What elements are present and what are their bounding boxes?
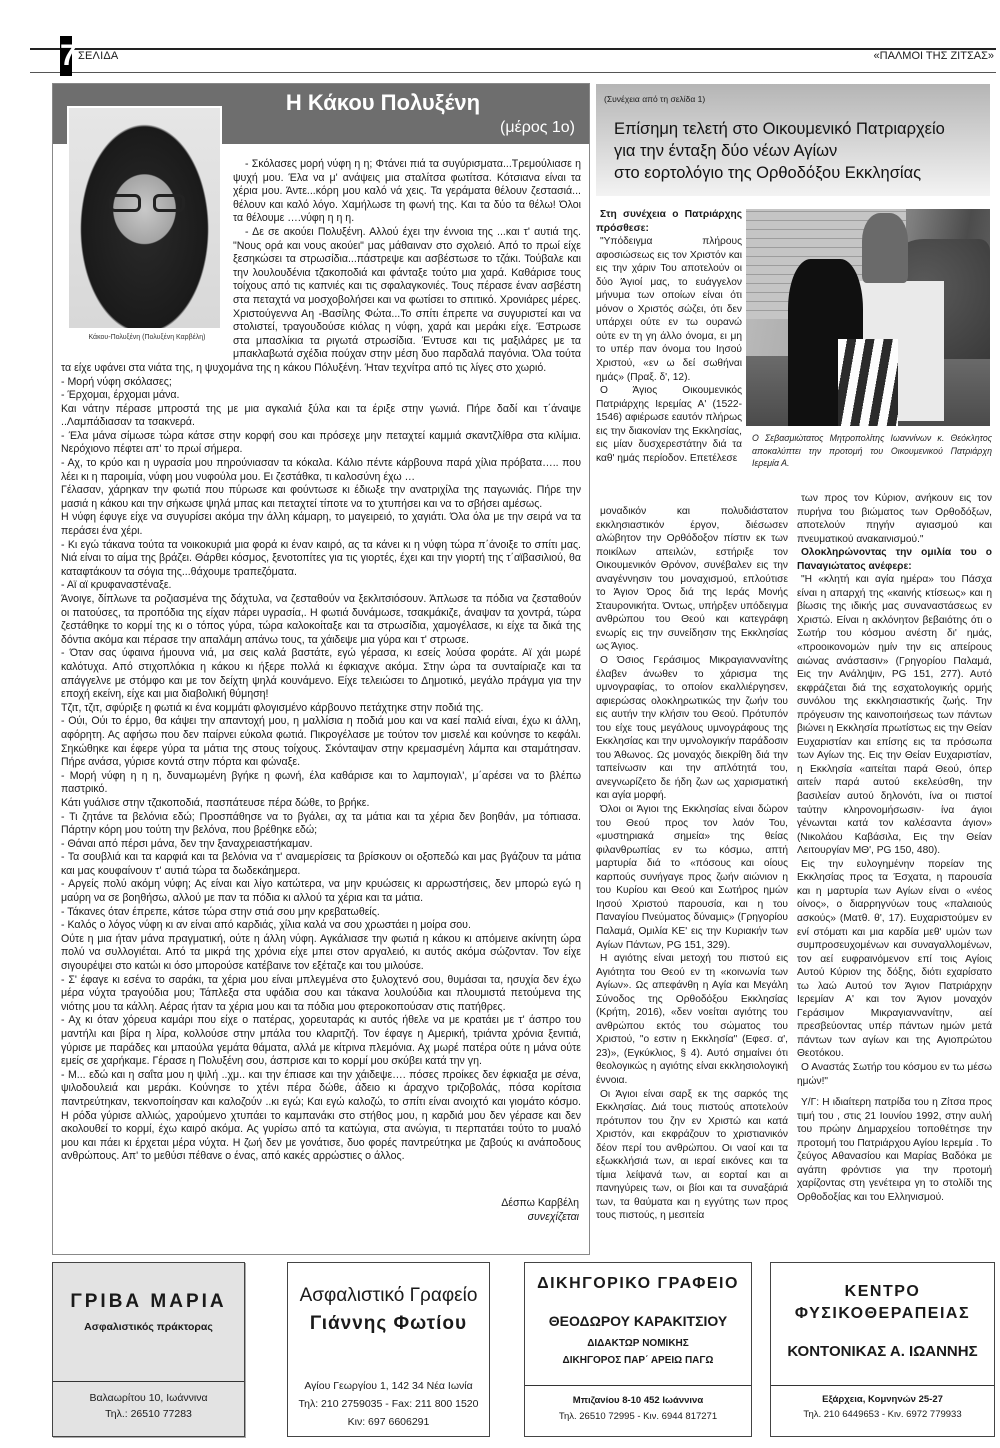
- page-label: ΣΕΛΙΔΑ: [78, 50, 118, 62]
- header-top-rule: [30, 48, 996, 50]
- patriarchate-article-title: Επίσημη τελετή στο Οικουμενικό Πατριαρχε…: [614, 118, 945, 184]
- story-paragraph: - Τα σουβλιά και τα καρφιά και τα βελόνι…: [61, 851, 581, 878]
- column-paragraph: Ο Άγιος Οικουμενικός Πατριάρχης Ιερεμίας…: [596, 384, 742, 465]
- greek-flag-shape: [838, 339, 898, 426]
- story-paragraph: Ούτε η μια ήταν μάνα πραγματική, ούτε η …: [61, 933, 581, 974]
- article-column-b: μοναδικόν και πολυδιάστατον εκκλησιαστικ…: [596, 505, 788, 1223]
- article-kakou-polyxeni: Η Κάκου Πολυξένη (μέρος 1ο) Κάκου-Πολυξέ…: [52, 83, 590, 1255]
- lead-in: Ολοκληρώνοντας την ομιλία του ο Παναγιώτ…: [797, 546, 992, 573]
- article-part: (μέρος 1ο): [500, 119, 575, 137]
- article-column-c: των προς τον Κύριον, ανήκουν εις τον πυρ…: [797, 492, 992, 1204]
- ad-physiotherapy: ΚΕΝΤΡΟ ΦΥΣΙΚΟΘΕΡΑΠΕΙΑΣ ΚΟΝΤΟΝΙΚΑΣ Α. ΙΩΑ…: [770, 1262, 995, 1437]
- ad-address: Αγίου Γεωργίου 1, 142 34 Νέα Ιωνία: [288, 1377, 489, 1395]
- ad-contact: Βαλαωρίτου 10, Ιωάννινα Τηλ.: 26510 7728…: [53, 1390, 244, 1422]
- header-bottom-rule: [30, 72, 996, 73]
- column-paragraph: μοναδικόν και πολυδιάστατον εκκλησιαστικ…: [596, 505, 788, 654]
- continues-note: συνεχίζεται: [501, 1210, 579, 1224]
- ad-contact: Αγίου Γεωργίου 1, 142 34 Νέα Ιωνία Τηλ: …: [288, 1377, 489, 1431]
- title-line: στο εορτολόγιο της Ορθοδόξου Εκκλησίας: [614, 162, 945, 184]
- ad-law-office: ΔΙΚΗΓΟΡΙΚΟ ΓΡΑΦΕΙΟ ΘΕΟΔΩΡΟΥ ΚΑΡΑΚΙΤΣΙΟΥ …: [524, 1262, 752, 1437]
- story-paragraph: Άνοιγε, δίπλωνε τα ροζιασμένα της δάχτυλ…: [61, 593, 581, 647]
- story-paragraph: Κάτι γυάλισε στην τζακοποδιά, πασπάτευσε…: [61, 797, 581, 811]
- ad-divider: [525, 1385, 751, 1386]
- title-line: Επίσημη τελετή στο Οικουμενικό Πατριαρχε…: [614, 118, 945, 140]
- ad-phone: Τηλ. 26510 72995 - Κιν. 6944 817271: [525, 1409, 751, 1425]
- newspaper-name: «ΠΑΛΜΟΙ ΤΗΣ ΖΙΤΣΑΣ»: [874, 50, 994, 62]
- ad-name: ΘΕΟΔΩΡΟΥ ΚΑΡΑΚΙΤΣΙΟΥ: [525, 1313, 751, 1329]
- story-paragraph: - Μ... εδώ και η σαΐτα μου η ψιλή ..χμ..…: [61, 1069, 581, 1164]
- ad-title-line: ΚΕΝΤΡΟ: [771, 1281, 994, 1303]
- story-paragraph: - Αχ κι όταν χόρευα καμάρι που είχε ο πα…: [61, 1014, 581, 1068]
- ad-mobile: Κιν: 697 6606291: [288, 1413, 489, 1431]
- story-paragraph: - Μορή νύφη η η η, δυναμωμένη βγήκε η φω…: [61, 770, 581, 797]
- story-paragraph: Τζιτ, τζιτ, σφύριξε η φωτιά κι ένα κομμά…: [61, 702, 581, 716]
- ad-address: Βαλαωρίτου 10, Ιωάννινα: [53, 1390, 244, 1406]
- ad-griva-maria: ΓΡΙΒΑ ΜΑΡΙΑ Ασφαλιστικός πράκτορας Βαλαω…: [52, 1262, 245, 1437]
- column-paragraph: Όλοι οι Άγιοι της Εκκλησίας είναι δώρον …: [596, 803, 788, 952]
- ad-credentials: ΔΙΔΑΚΤΩΡ ΝΟΜΙΚΗΣ ΔΙΚΗΓΟΡΟΣ ΠΑΡ΄ ΑΡΕΙΩ ΠΑ…: [525, 1335, 751, 1369]
- ad-title-line: ΦΥΣΙΚΟΘΕΡΑΠΕΙΑΣ: [771, 1303, 994, 1325]
- page-header: 7 ΣΕΛΙΔΑ «ΠΑΛΜΟΙ ΤΗΣ ΖΙΤΣΑΣ»: [30, 36, 996, 70]
- article-column-a: Στη συνέχεια ο Πατριάρχης πρόσθεσε: "Υπό…: [596, 208, 742, 465]
- author-name: Δέσπω Καρβέλη: [501, 1196, 579, 1210]
- story-paragraph: - Τι ζητάνε τα βελόνια εδώ; Προσπάθησε ν…: [61, 811, 581, 838]
- ad-divider: [771, 1385, 994, 1386]
- ad-title: Ασφαλιστικό Γραφείο: [288, 1285, 489, 1307]
- ad-credential: ΔΙΔΑΚΤΩΡ ΝΟΜΙΚΗΣ: [525, 1335, 751, 1352]
- story-paragraph: - Έρχομαι, έρχομαι μάνα.: [61, 389, 581, 403]
- story-paragraph: - Όταν σας ύφαινα ήμουνα νιά, μα σεις κα…: [61, 647, 581, 701]
- story-paragraph: Και νάτην πέρασε μπροστά της με μια αγκα…: [61, 403, 581, 430]
- ad-name: ΓΡΙΒΑ ΜΑΡΙΑ: [53, 1291, 244, 1313]
- story-paragraph: Γέλασαν, χάρηκαν την φωτιά που πύρωσε κα…: [61, 484, 581, 511]
- patriarchate-article-header: (Συνέχεια από τη σελίδα 1) Επίσημη τελετ…: [596, 84, 990, 196]
- photo-caption: Ο Σεβασμιώτατος Μητροπολίτης Ιωαννίνων κ…: [752, 432, 992, 470]
- ad-address: Μπιζανίου 8-10 452 Ιωάννινα: [525, 1393, 751, 1409]
- story-paragraph: - Θάναι από πέρσι μάνα, δεν την ξαναχρει…: [61, 838, 581, 852]
- title-line: για την ένταξη δύο νέων Αγίων: [614, 140, 945, 162]
- ad-title: ΔΙΚΗΓΟΡΙΚΟ ΓΡΑΦΕΙΟ: [525, 1275, 751, 1293]
- author-signature: Δέσπω Καρβέλη συνεχίζεται: [501, 1196, 579, 1224]
- ad-role: Ασφαλιστικός πράκτορας: [53, 1321, 244, 1333]
- story-paragraph: - Αχ, το κρύο και η υγρασία μου πηρούνια…: [61, 457, 581, 484]
- ad-address: Εξάρχεια, Κομνηνών 25-27: [771, 1392, 994, 1407]
- column-paragraph: Εις την ευλογημένην πορείαν της Εκκλησία…: [797, 858, 992, 1061]
- column-paragraph: Η αγιότης είναι μετοχή του πιστού εις Αγ…: [596, 952, 788, 1087]
- story-paragraph: - Μορή νύφη σκόλασες;: [61, 376, 581, 390]
- ad-credential: ΔΙΚΗΓΟΡΟΣ ΠΑΡ΄ ΑΡΕΙΩ ΠΑΓΩ: [525, 1352, 751, 1369]
- column-paragraph: "Υπόδειγμα πλήρους αφοσιώσεως εις τον Χρ…: [596, 235, 742, 384]
- ad-phone: Τηλ.: 26510 77283: [53, 1406, 244, 1422]
- postscript: Υ/Γ: Η ιδιαίτερη πατρίδα του η Ζίτσα προ…: [797, 1096, 992, 1204]
- column-paragraph: Οι Άγιοι είναι σαρξ εκ της σαρκός της Εκ…: [596, 1088, 788, 1223]
- story-paragraph: - Έλα μάνα σίμωσε τώρα κάτσε στην κορφή …: [61, 430, 581, 457]
- story-paragraph: - Ούι, Ούι το έρμο, θα κάψει την απαντοχ…: [61, 715, 581, 769]
- story-paragraph: Η νύφη έφυγε είχε να συγυρίσει ακόμα την…: [61, 511, 581, 538]
- story-paragraph: - Σ' έφαγε κι εσένα το σαράκι, τα χέρια …: [61, 974, 581, 1015]
- ad-divider: [53, 1381, 244, 1382]
- story-paragraph: - Αϊ αϊ κρυφαναστέναξε.: [61, 579, 581, 593]
- ad-insurance-fotiou: Ασφαλιστικό Γραφείο Γιάννης Φωτίου Αγίου…: [287, 1262, 490, 1437]
- continued-from-note: (Συνέχεια από τη σελίδα 1): [604, 94, 705, 104]
- ad-contact: Εξάρχεια, Κομνηνών 25-27 Τηλ. 210 644965…: [771, 1392, 994, 1422]
- lead-in: Στη συνέχεια ο Πατριάρχης πρόσθεσε:: [596, 208, 742, 235]
- ad-name: Γιάννης Φωτίου: [288, 1313, 489, 1335]
- article-title: Η Κάκου Πολυξένη: [258, 90, 508, 116]
- ad-name: ΚΟΝΤΟΝΙΚΑΣ Α. ΙΩΑΝΝΗΣ: [771, 1343, 994, 1360]
- column-paragraph: Ο Αναστάς Σωτήρ του κόσμου εν τω μέσω ημ…: [797, 1061, 992, 1088]
- story-paragraph: - Τάκανες όταν έπρεπε, κάτσε τώρα στην σ…: [61, 906, 581, 920]
- story-paragraph: - Καλός ο λόγος νύφη κι αν είναι από καρ…: [61, 919, 581, 933]
- ad-contact: Μπιζανίου 8-10 452 Ιωάννινα Τηλ. 26510 7…: [525, 1393, 751, 1425]
- bust-unveiling-photo: [746, 209, 990, 426]
- page-number: 7: [60, 36, 72, 76]
- bust-shape: [862, 213, 908, 283]
- column-paragraph: "Η «κλητή και αγία ημέρα» του Πάσχα είνα…: [797, 573, 992, 857]
- ad-title: ΚΕΝΤΡΟ ΦΥΣΙΚΟΘΕΡΑΠΕΙΑΣ: [771, 1281, 994, 1325]
- story-body: - Σκόλασες μορή νύφη η η; Φτάνει πιά τα …: [61, 158, 581, 1164]
- ad-phone: Τηλ. 210 6449653 - Κιν. 6972 779933: [771, 1407, 994, 1422]
- story-paragraph: - Αργείς πολύ ακόμη νύφη; Ας είναι και λ…: [61, 878, 581, 905]
- story-paragraph: - Κι εγώ τάκανα τούτα τα νοικοκυριά μια …: [61, 539, 581, 580]
- column-paragraph: Ο Όσιος Γεράσιμος Μικραγιαννανίτης έλαβε…: [596, 654, 788, 803]
- column-paragraph: των προς τον Κύριον, ανήκουν εις τον πυρ…: [797, 492, 992, 546]
- ad-phone: Τηλ: 210 2759035 - Fax: 211 800 1520: [288, 1395, 489, 1413]
